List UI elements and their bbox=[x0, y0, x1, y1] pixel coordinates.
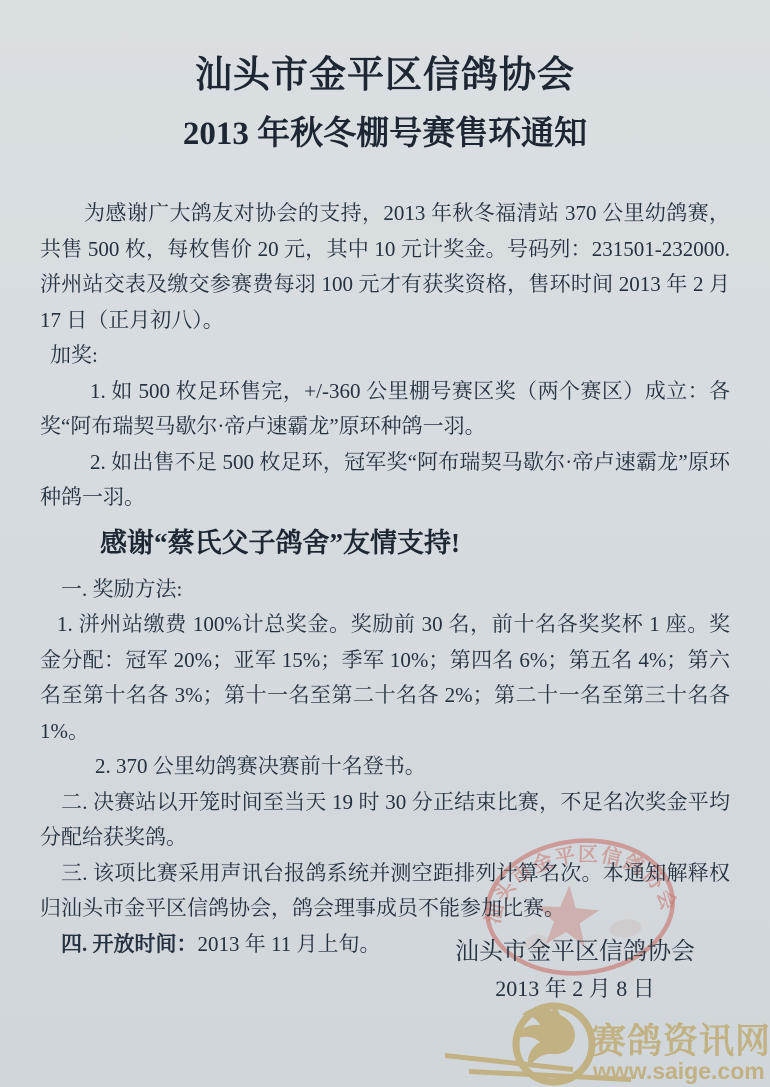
notice-document: 汕头市金平区信鸽协会 2013 年秋冬棚号赛售环通知 为感谢广大鸽友对协会的支持… bbox=[0, 52, 770, 962]
watermark-site-url: www.saige.com bbox=[592, 1058, 765, 1084]
intro-paragraph: 为感谢广大鸽友对协会的支持，2013 年秋冬福清站 370 公里幼鸽赛，共售 5… bbox=[40, 196, 730, 338]
signature-organization: 汕头市金平区信鸽协会 bbox=[420, 936, 730, 968]
bonus-item-1: 1. 如 500 枚足环售完，+/-360 公里棚号赛区奖（两个赛区）成立：各奖… bbox=[40, 374, 730, 445]
section1-heading: 一. 奖励方法: bbox=[40, 572, 730, 608]
section4-label: 四. 开放时间： bbox=[61, 932, 198, 956]
section1-item-2: 2. 370 公里幼鸽赛决赛前十名登书。 bbox=[40, 749, 730, 785]
section3-paragraph: 三. 该项比赛采用声讯台报鸽系统并测空距排列计算名次。本通知解释权归汕头市金平区… bbox=[40, 856, 730, 927]
document-title-subject: 2013 年秋冬棚号赛售环通知 bbox=[40, 112, 730, 156]
bonus-label: 加奖: bbox=[40, 338, 730, 374]
document-body: 为感谢广大鸽友对协会的支持，2013 年秋冬福清站 370 公里幼鸽赛，共售 5… bbox=[40, 196, 730, 962]
section4-value: 2013 年 11 月上旬。 bbox=[198, 932, 381, 956]
watermark-site-name: 赛鸽资讯网 bbox=[591, 1022, 770, 1061]
swoosh-line-1 bbox=[445, 1053, 573, 1072]
signature-date: 2013 年 2 月 8 日 bbox=[420, 974, 730, 1004]
section1-item-1: 1. 洴州站缴费 100%计总奖金。奖励前 30 名，前十名各奖奖杯 1 座。奖… bbox=[40, 607, 730, 749]
scanned-notice-page: 汕头市金平区信鸽协会 2013 年秋冬棚号赛售环通知 为感谢广大鸽友对协会的支持… bbox=[0, 0, 770, 1087]
thanks-heading: 感谢“蔡氏父子鸽舍”友情支持! bbox=[40, 520, 730, 566]
document-title-org: 汕头市金平区信鸽协会 bbox=[40, 52, 730, 100]
bonus-item-2: 2. 如出售不足 500 枚足环，冠军奖“阿布瑞契马歇尔·帝卢速霸龙”原环种鸽一… bbox=[40, 445, 730, 516]
section2-paragraph: 二. 决赛站以开笼时间至当天 19 时 30 分正结束比赛，不足名次奖金平均分配… bbox=[40, 785, 730, 856]
saige-watermark-logo: 赛鸽资讯网 www.saige.com bbox=[423, 997, 770, 1087]
